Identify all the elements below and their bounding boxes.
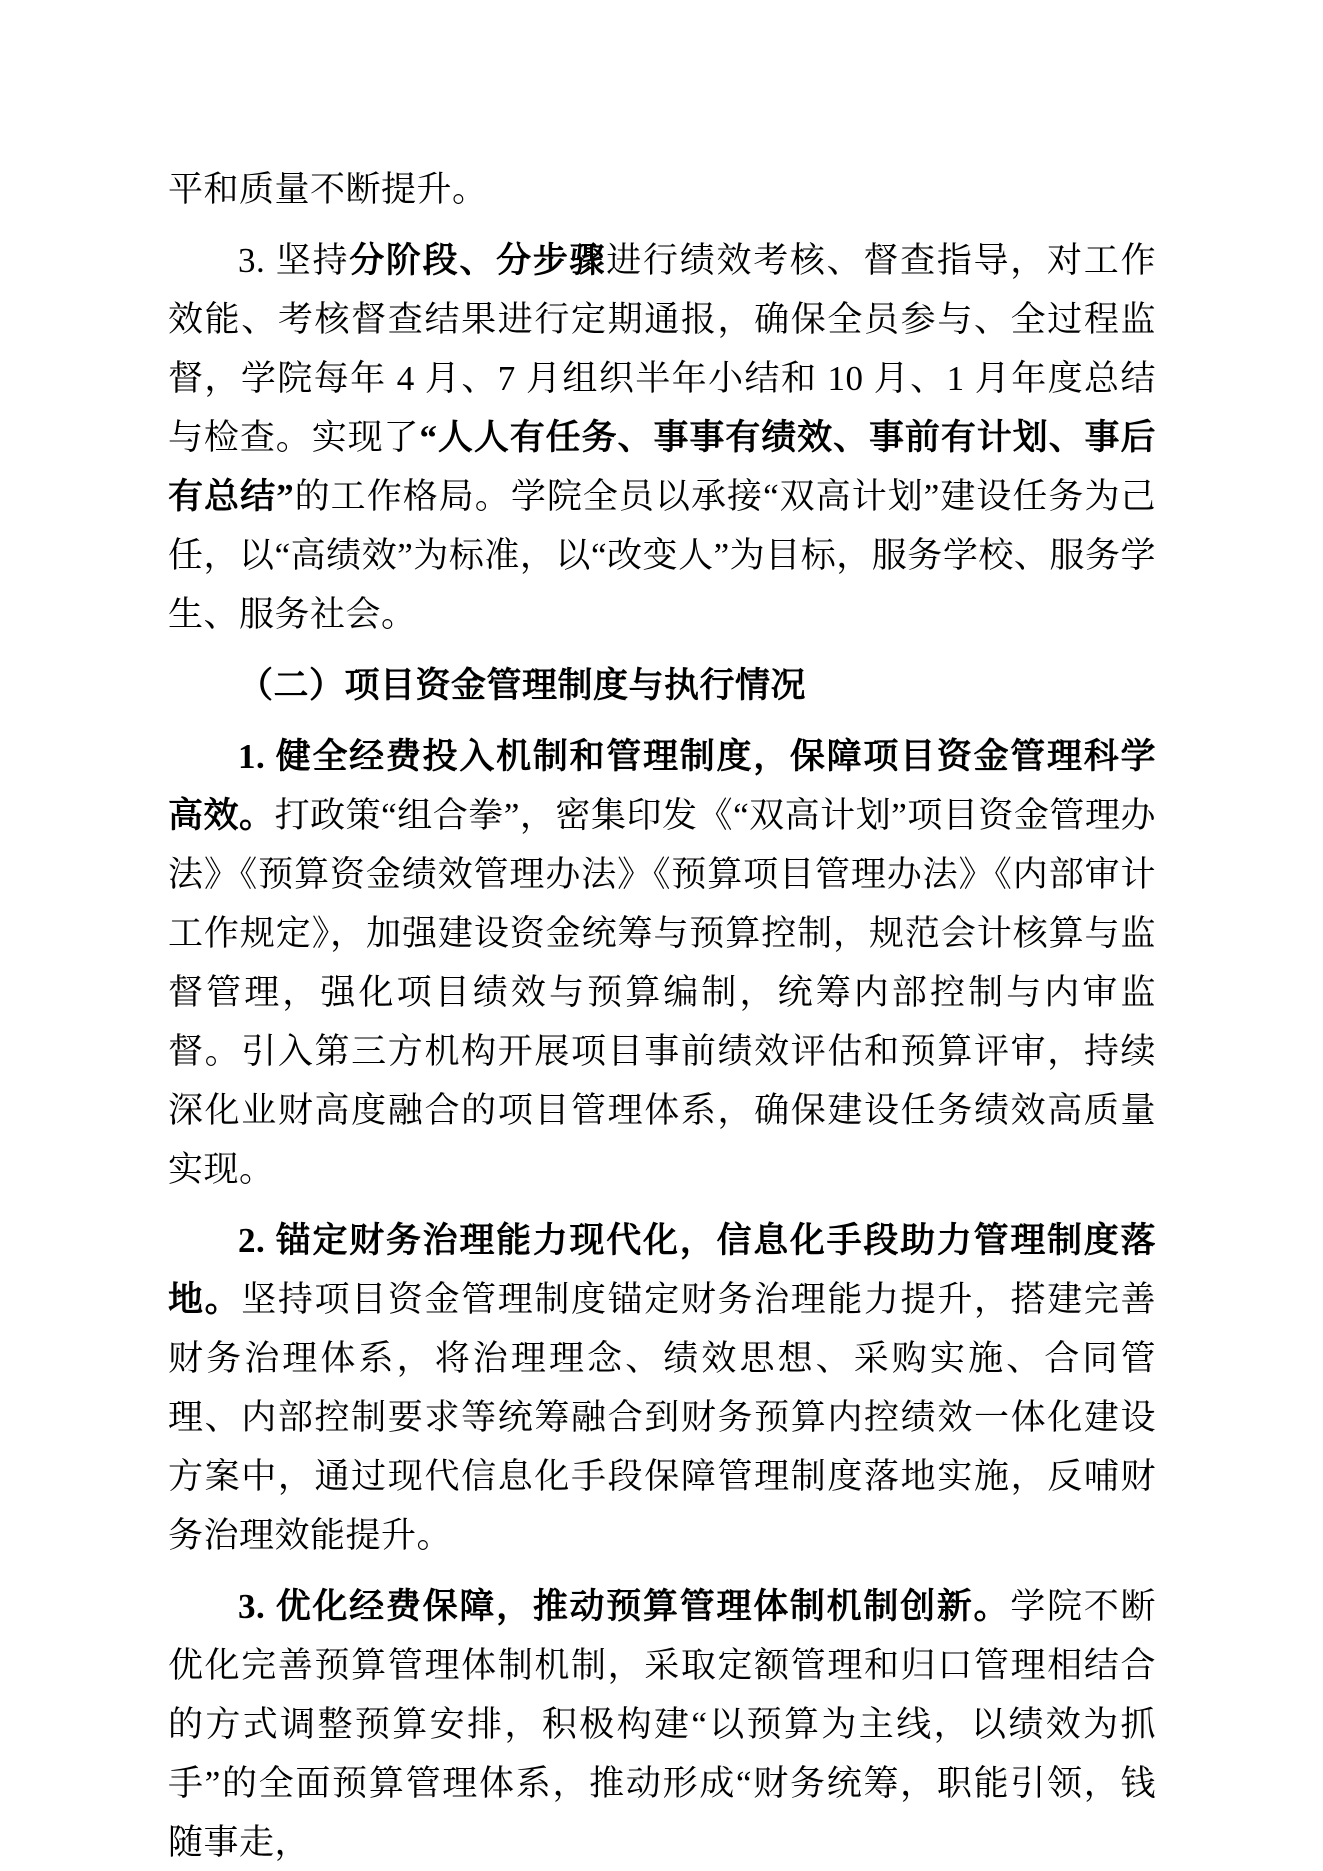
text-run: 的工作格局。学院全员以承接“双高计划”建设任务为己任，以“高绩效”为标准，以“改…: [168, 477, 1156, 634]
text-run: 打政策“组合拳”，密集印发《“双高计划”项目资金管理办法》《预算资金绩效管理办法…: [168, 796, 1156, 1189]
text-run-bold: 分阶段、分步骤: [349, 241, 606, 280]
heading-section-two: （二）项目资金管理制度与执行情况: [168, 656, 1156, 715]
text-run: 坚持项目资金管理制度锚定财务治理能力提升，搭建完善财务治理体系，将治理理念、绩效…: [168, 1280, 1156, 1555]
paragraph-item-2-financial-governance: 2. 锚定财务治理能力现代化，信息化手段助力管理制度落地。坚持项目资金管理制度锚…: [168, 1211, 1156, 1565]
paragraph-point-3-assessment: 3. 坚持分阶段、分步骤进行绩效考核、督查指导，对工作效能、考核督查结果进行定期…: [168, 231, 1156, 644]
paragraph-continuation: 平和质量不断提升。: [168, 160, 1156, 219]
text-run: 3. 坚持: [238, 241, 349, 280]
text-run-bold: 3. 优化经费保障，推动预算管理体制机制创新。: [238, 1587, 1010, 1626]
paragraph-item-1-funding-system: 1. 健全经费投入机制和管理制度，保障项目资金管理科学高效。打政策“组合拳”，密…: [168, 727, 1156, 1199]
document-page: 平和质量不断提升。3. 坚持分阶段、分步骤进行绩效考核、督查指导，对工作效能、考…: [0, 0, 1323, 1871]
text-run: 学院不断优化完善预算管理体制机制，采取定额管理和归口管理相结合的方式调整预算安排…: [168, 1587, 1156, 1862]
text-run: 平和质量不断提升。: [168, 170, 488, 209]
paragraph-item-3-budget-reform: 3. 优化经费保障，推动预算管理体制机制创新。学院不断优化完善预算管理体制机制，…: [168, 1577, 1156, 1871]
text-run-bold: （二）项目资金管理制度与执行情况: [238, 666, 806, 705]
document-body: 平和质量不断提升。3. 坚持分阶段、分步骤进行绩效考核、督查指导，对工作效能、考…: [168, 160, 1156, 1871]
